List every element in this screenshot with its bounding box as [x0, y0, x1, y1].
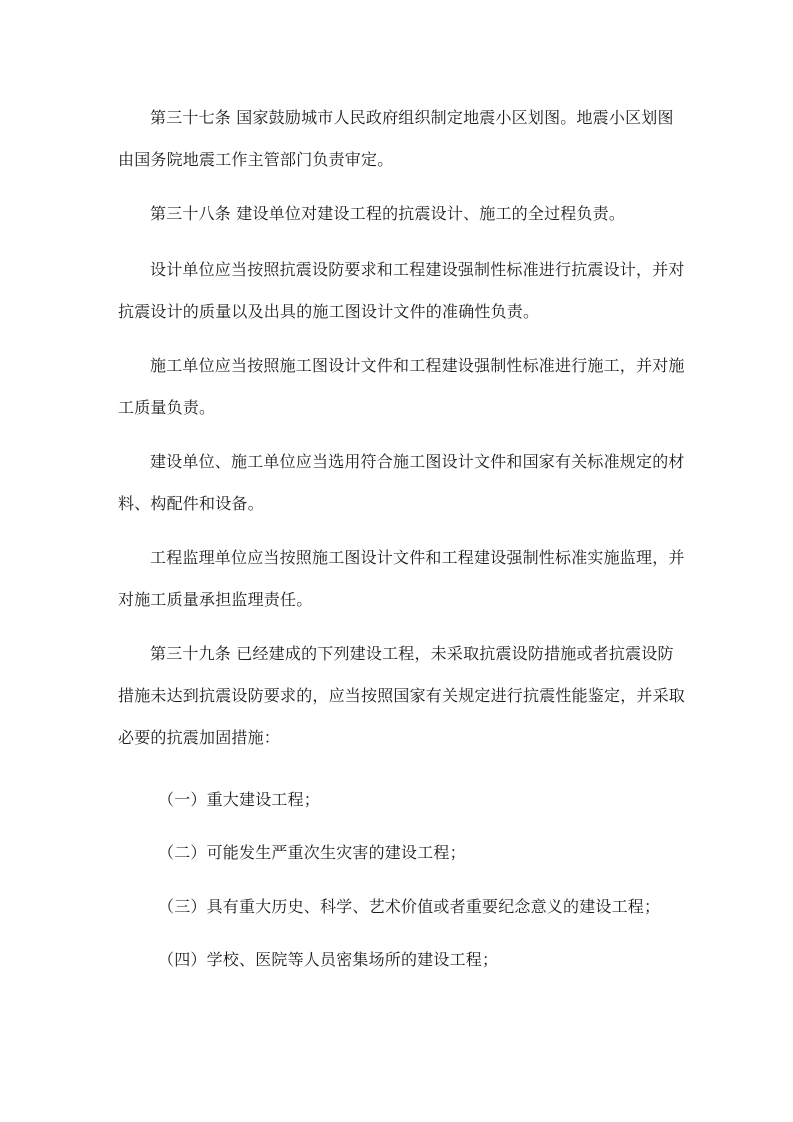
supervision-line-2: 对施工质量承担监理责任。	[118, 590, 312, 610]
design-unit-line-2: 抗震设计的质量以及出具的施工图设计文件的准确性负责。	[118, 302, 539, 322]
article-39-line-2: 措施未达到抗震设防要求的，应当按照国家有关规定进行抗震性能鉴定，并采取	[118, 686, 685, 706]
article-37-line-1: 第三十七条 国家鼓励城市人民政府组织制定地震小区划图。地震小区划图	[150, 108, 674, 128]
article-39-line-1: 第三十九条 已经建成的下列建设工程，未采取抗震设防措施或者抗震设防	[150, 644, 674, 664]
construction-unit-line-1: 施工单位应当按照施工图设计文件和工程建设强制性标准进行施工，并对施	[150, 356, 685, 376]
document-page: 第三十七条 国家鼓励城市人民政府组织制定地震小区划图。地震小区划图 由国务院地震…	[0, 0, 793, 1122]
design-unit-line-1: 设计单位应当按照抗震设防要求和工程建设强制性标准进行抗震设计，并对	[150, 260, 685, 280]
supervision-line-1: 工程监理单位应当按照施工图设计文件和工程建设强制性标准实施监理，并	[150, 548, 685, 568]
materials-line-2: 料、构配件和设备。	[118, 494, 264, 514]
article-39-line-3: 必要的抗震加固措施：	[118, 728, 280, 748]
article-38-line-1: 第三十八条 建设单位对建设工程的抗震设计、施工的全过程负责。	[150, 204, 625, 224]
materials-line-1: 建设单位、施工单位应当选用符合施工图设计文件和国家有关标准规定的材	[150, 452, 685, 472]
list-item-3: （三）具有重大历史、科学、艺术价值或者重要纪念意义的建设工程；	[158, 897, 660, 917]
article-37-line-2: 由国务院地震工作主管部门负责审定。	[118, 150, 393, 170]
list-item-2: （二）可能发生严重次生灾害的建设工程；	[158, 843, 466, 863]
construction-unit-line-2: 工质量负责。	[118, 398, 215, 418]
list-item-4: （四）学校、医院等人员密集场所的建设工程；	[158, 950, 498, 970]
list-item-1: （一）重大建设工程；	[158, 790, 320, 810]
